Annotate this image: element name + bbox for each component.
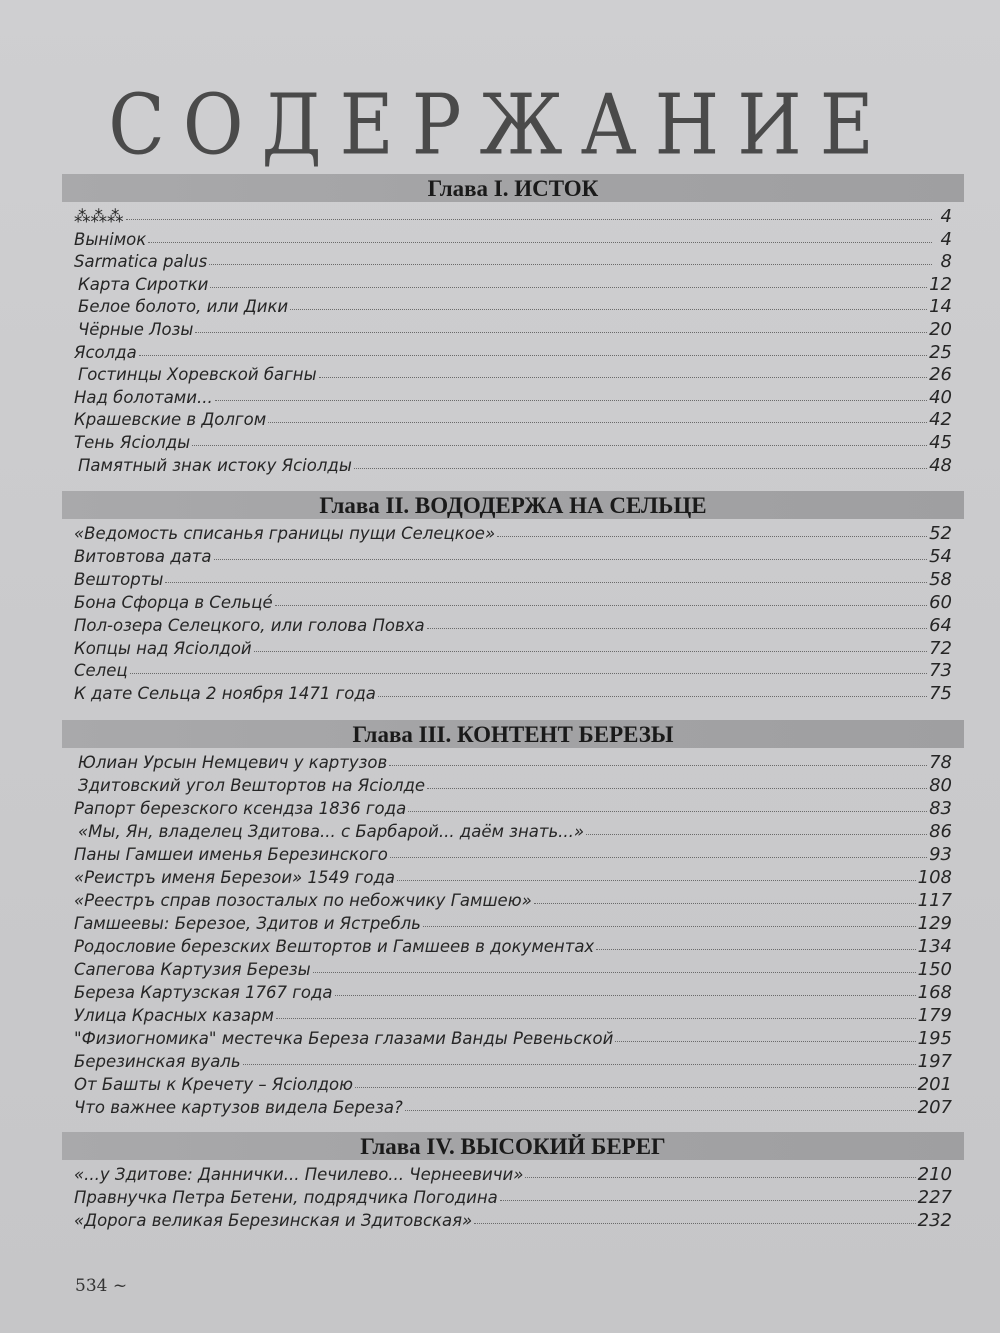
entry-page-number: 4 bbox=[934, 206, 952, 227]
dot-leader bbox=[389, 765, 927, 766]
entry-title: «Реистръ именя Березои» 1549 года bbox=[74, 868, 395, 887]
dot-leader bbox=[355, 1087, 916, 1088]
chapter-heading: Глава IV. ВЫСОКИЙ БЕРЕГ bbox=[62, 1132, 964, 1160]
entry-title: Sarmatica palus bbox=[74, 252, 207, 271]
toc-entry[interactable]: «Мы, Ян, владелец Здитова... с Барбарой.… bbox=[74, 821, 952, 844]
toc-entry[interactable]: К дате Сельца 2 ноября 1471 года75 bbox=[74, 683, 952, 706]
entry-title: Крашевские в Долгом bbox=[74, 410, 266, 429]
entry-page-number: 232 bbox=[918, 1210, 952, 1231]
dot-leader bbox=[378, 696, 927, 697]
dot-leader bbox=[209, 264, 932, 265]
entry-page-number: 210 bbox=[918, 1164, 952, 1185]
entry-title: Что важнее картузов видела Береза? bbox=[74, 1098, 403, 1117]
dot-leader bbox=[319, 377, 927, 378]
entry-page-number: 179 bbox=[918, 1005, 952, 1026]
toc-entry[interactable]: "Физиогномика" местечка Береза глазами В… bbox=[74, 1028, 952, 1051]
toc-entry[interactable]: Сапегова Картузия Березы150 bbox=[74, 959, 952, 982]
toc-entry[interactable]: Селец73 bbox=[74, 660, 952, 683]
entry-page-number: 26 bbox=[929, 364, 952, 385]
entry-title: К дате Сельца 2 ноября 1471 года bbox=[74, 684, 376, 703]
entry-page-number: 195 bbox=[918, 1028, 952, 1049]
entry-page-number: 75 bbox=[929, 683, 952, 704]
entry-page-number: 72 bbox=[929, 638, 952, 659]
entry-page-number: 83 bbox=[929, 798, 952, 819]
entry-title: «Дорога великая Березинская и Здитовская… bbox=[74, 1211, 472, 1230]
toc-entry[interactable]: Здитовский угол Вештортов на Ясіолде80 bbox=[74, 775, 952, 798]
entry-page-number: 58 bbox=[929, 569, 952, 590]
dot-leader bbox=[408, 811, 927, 812]
toc-entry[interactable]: Пол-озера Селецкого, или голова Повха64 bbox=[74, 615, 952, 638]
toc-entry[interactable]: Карта Сиротки12 bbox=[74, 274, 952, 297]
toc-entry[interactable]: «Реестръ справ позосталых по небожчику Г… bbox=[74, 890, 952, 913]
chapter-heading: Глава II. ВОДОДЕРЖА НА СЕЛЬЦЕ bbox=[62, 491, 964, 519]
toc-entry[interactable]: Правнучка Петра Бетени, подрядчика Погод… bbox=[74, 1187, 952, 1210]
entry-page-number: 52 bbox=[929, 523, 952, 544]
dot-leader bbox=[335, 995, 916, 996]
entry-title: Чёрные Лозы bbox=[74, 320, 193, 339]
dot-leader bbox=[254, 651, 927, 652]
dot-leader bbox=[390, 857, 927, 858]
toc-entry[interactable]: Крашевские в Долгом42 bbox=[74, 409, 952, 432]
dot-leader bbox=[210, 287, 927, 288]
toc-entry[interactable]: Копцы над Ясіолдой72 bbox=[74, 638, 952, 661]
entry-title: «Реестръ справ позосталых по небожчику Г… bbox=[74, 891, 532, 910]
toc-entry[interactable]: Вынімок4 bbox=[74, 229, 952, 252]
dot-leader bbox=[474, 1223, 915, 1224]
dot-leader bbox=[243, 1064, 916, 1065]
dot-leader bbox=[423, 926, 916, 927]
chapter-section: Глава III. КОНТЕНТ БЕРЕЗЫЮлиан Урсын Нем… bbox=[74, 720, 952, 1120]
dot-leader bbox=[165, 582, 927, 583]
dot-leader bbox=[195, 332, 927, 333]
entry-page-number: 42 bbox=[929, 409, 952, 430]
chapter-heading: Глава I. ИСТОК bbox=[62, 174, 964, 202]
dot-leader bbox=[354, 468, 927, 469]
entry-title: Бона Сфорца в Сельцé bbox=[74, 593, 273, 612]
entry-title: Витовтова дата bbox=[74, 547, 212, 566]
entry-title: Памятный знак истоку Ясіолды bbox=[74, 456, 352, 475]
toc-entry[interactable]: Береза Картузская 1767 года168 bbox=[74, 982, 952, 1005]
entry-title: Карта Сиротки bbox=[74, 275, 208, 294]
entry-page-number: 45 bbox=[929, 432, 952, 453]
entry-page-number: 48 bbox=[929, 455, 952, 476]
entry-page-number: 207 bbox=[918, 1097, 952, 1118]
entry-page-number: 14 bbox=[929, 296, 952, 317]
dot-leader bbox=[525, 1177, 915, 1178]
entry-page-number: 25 bbox=[929, 342, 952, 363]
toc-entry[interactable]: Памятный знак истоку Ясіолды48 bbox=[74, 455, 952, 478]
entry-title: «Мы, Ян, владелец Здитова... с Барбарой.… bbox=[74, 822, 584, 841]
dot-leader bbox=[405, 1110, 916, 1111]
entry-title: Улица Красных казарм bbox=[74, 1006, 274, 1025]
entry-title: Над болотами... bbox=[74, 388, 213, 407]
toc-entry[interactable]: Гамшеевы: Березое, Здитов и Ястребль129 bbox=[74, 913, 952, 936]
entry-title: ⁂⁂⁂ bbox=[74, 207, 124, 226]
entry-title: Сапегова Картузия Березы bbox=[74, 960, 311, 979]
toc-entry[interactable]: Над болотами...40 bbox=[74, 387, 952, 410]
entry-title: Селец bbox=[74, 661, 128, 680]
toc-entry[interactable]: ⁂⁂⁂4 bbox=[74, 206, 952, 229]
toc-entry[interactable]: Белое болото, или Дики14 bbox=[74, 296, 952, 319]
toc-entry[interactable]: Ясолда25 bbox=[74, 342, 952, 365]
dot-leader bbox=[500, 1200, 916, 1201]
page-title: СОДЕРЖАНИЕ bbox=[0, 84, 1000, 167]
entry-page-number: 108 bbox=[918, 867, 952, 888]
entry-page-number: 8 bbox=[934, 251, 952, 272]
dot-leader bbox=[596, 949, 915, 950]
toc-entry[interactable]: От Башты к Кречету – Ясіолдою201 bbox=[74, 1074, 952, 1097]
entry-page-number: 129 bbox=[918, 913, 952, 934]
dot-leader bbox=[215, 400, 927, 401]
entry-title: Тень Ясіолды bbox=[74, 433, 190, 452]
toc-entry[interactable]: Бона Сфорца в Сельцé60 bbox=[74, 592, 952, 615]
entry-page-number: 80 bbox=[929, 775, 952, 796]
dot-leader bbox=[192, 445, 927, 446]
entry-title: "Физиогномика" местечка Береза глазами В… bbox=[74, 1029, 613, 1048]
dot-leader bbox=[268, 422, 927, 423]
entry-title: Пол-озера Селецкого, или голова Повха bbox=[74, 616, 425, 635]
table-of-contents: Глава I. ИСТОК⁂⁂⁂4Вынімок4Sarmatica palu… bbox=[74, 174, 952, 1243]
dot-leader bbox=[276, 1018, 916, 1019]
dot-leader bbox=[313, 972, 916, 973]
toc-entry[interactable]: Родословие березских Вештортов и Гамшеев… bbox=[74, 936, 952, 959]
entry-title: Вешторты bbox=[74, 570, 163, 589]
chapter-heading: Глава III. КОНТЕНТ БЕРЕЗЫ bbox=[62, 720, 964, 748]
entry-title: Белое болото, или Дики bbox=[74, 297, 288, 316]
toc-entry[interactable]: Вешторты58 bbox=[74, 569, 952, 592]
entry-title: Ясолда bbox=[74, 343, 137, 362]
entry-page-number: 73 bbox=[929, 660, 952, 681]
book-page: СОДЕРЖАНИЕ Глава I. ИСТОК⁂⁂⁂4Вынімок4Sar… bbox=[0, 0, 1000, 1333]
dot-leader bbox=[126, 219, 933, 220]
dot-leader bbox=[139, 355, 927, 356]
dot-leader bbox=[275, 605, 927, 606]
entry-title: От Башты к Кречету – Ясіолдою bbox=[74, 1075, 353, 1094]
entry-title: Гамшеевы: Березое, Здитов и Ястребль bbox=[74, 914, 421, 933]
chapter-section: Глава II. ВОДОДЕРЖА НА СЕЛЬЦЕ«Ведомость … bbox=[74, 491, 952, 706]
toc-entry[interactable]: Паны Гамшеи именья Березинского93 bbox=[74, 844, 952, 867]
dot-leader bbox=[497, 536, 927, 537]
entry-title: Родословие березских Вештортов и Гамшеев… bbox=[74, 937, 594, 956]
entry-page-number: 93 bbox=[929, 844, 952, 865]
toc-entry[interactable]: «...у Здитове: Даннички... Печилево... Ч… bbox=[74, 1164, 952, 1187]
toc-entry[interactable]: Улица Красных казарм179 bbox=[74, 1005, 952, 1028]
entry-page-number: 64 bbox=[929, 615, 952, 636]
entry-title: Копцы над Ясіолдой bbox=[74, 639, 252, 658]
toc-entry[interactable]: Гостинцы Хоревской багны26 bbox=[74, 364, 952, 387]
toc-entry[interactable]: Юлиан Урсын Немцевич у картузов78 bbox=[74, 752, 952, 775]
entry-title: Береза Картузская 1767 года bbox=[74, 983, 333, 1002]
entry-title: Здитовский угол Вештортов на Ясіолде bbox=[74, 776, 425, 795]
chapter-section: Глава IV. ВЫСОКИЙ БЕРЕГ«...у Здитове: Да… bbox=[74, 1132, 952, 1233]
dot-leader bbox=[148, 242, 932, 243]
entry-page-number: 60 bbox=[929, 592, 952, 613]
dot-leader bbox=[214, 559, 928, 560]
toc-entry[interactable]: Sarmatica palus8 bbox=[74, 251, 952, 274]
dot-leader bbox=[586, 834, 927, 835]
entry-title: «Ведомость списанья границы пущи Селецко… bbox=[74, 524, 495, 543]
toc-entry[interactable]: «Ведомость списанья границы пущи Селецко… bbox=[74, 523, 952, 546]
toc-entry[interactable]: Березинская вуаль197 bbox=[74, 1051, 952, 1074]
entry-title: Юлиан Урсын Немцевич у картузов bbox=[74, 753, 387, 772]
toc-entry[interactable]: Чёрные Лозы20 bbox=[74, 319, 952, 342]
entry-page-number: 86 bbox=[929, 821, 952, 842]
entry-title: Гостинцы Хоревской багны bbox=[74, 365, 317, 384]
dot-leader bbox=[427, 788, 927, 789]
entry-title: Паны Гамшеи именья Березинского bbox=[74, 845, 388, 864]
entry-page-number: 201 bbox=[918, 1074, 952, 1095]
dot-leader bbox=[615, 1041, 915, 1042]
entry-page-number: 150 bbox=[918, 959, 952, 980]
toc-entry[interactable]: «Дорога великая Березинская и Здитовская… bbox=[74, 1210, 952, 1233]
chapter-section: Глава I. ИСТОК⁂⁂⁂4Вынімок4Sarmatica palu… bbox=[74, 174, 952, 477]
entry-page-number: 20 bbox=[929, 319, 952, 340]
entry-page-number: 168 bbox=[918, 982, 952, 1003]
entry-page-number: 4 bbox=[934, 229, 952, 250]
toc-entry[interactable]: Рапорт березского ксендза 1836 года83 bbox=[74, 798, 952, 821]
entry-page-number: 54 bbox=[929, 546, 952, 567]
entry-page-number: 227 bbox=[918, 1187, 952, 1208]
dot-leader bbox=[130, 673, 927, 674]
toc-entry[interactable]: Тень Ясіолды45 bbox=[74, 432, 952, 455]
toc-entry[interactable]: Витовтова дата54 bbox=[74, 546, 952, 569]
entry-page-number: 117 bbox=[918, 890, 952, 911]
entry-title: Правнучка Петра Бетени, подрядчика Погод… bbox=[74, 1188, 498, 1207]
dot-leader bbox=[427, 628, 928, 629]
dot-leader bbox=[534, 903, 916, 904]
entry-page-number: 78 bbox=[929, 752, 952, 773]
entry-title: Березинская вуаль bbox=[74, 1052, 241, 1071]
dot-leader bbox=[290, 309, 927, 310]
entry-page-number: 197 bbox=[918, 1051, 952, 1072]
entry-title: «...у Здитове: Даннички... Печилево... Ч… bbox=[74, 1165, 523, 1184]
entry-page-number: 12 bbox=[929, 274, 952, 295]
toc-entry[interactable]: Что важнее картузов видела Береза?207 bbox=[74, 1097, 952, 1120]
dot-leader bbox=[397, 880, 916, 881]
entry-title: Рапорт березского ксендза 1836 года bbox=[74, 799, 406, 818]
toc-entry[interactable]: «Реистръ именя Березои» 1549 года108 bbox=[74, 867, 952, 890]
page-number: 534 ~ bbox=[75, 1276, 127, 1296]
entry-page-number: 134 bbox=[918, 936, 952, 957]
entry-page-number: 40 bbox=[929, 387, 952, 408]
entry-title: Вынімок bbox=[74, 230, 146, 249]
